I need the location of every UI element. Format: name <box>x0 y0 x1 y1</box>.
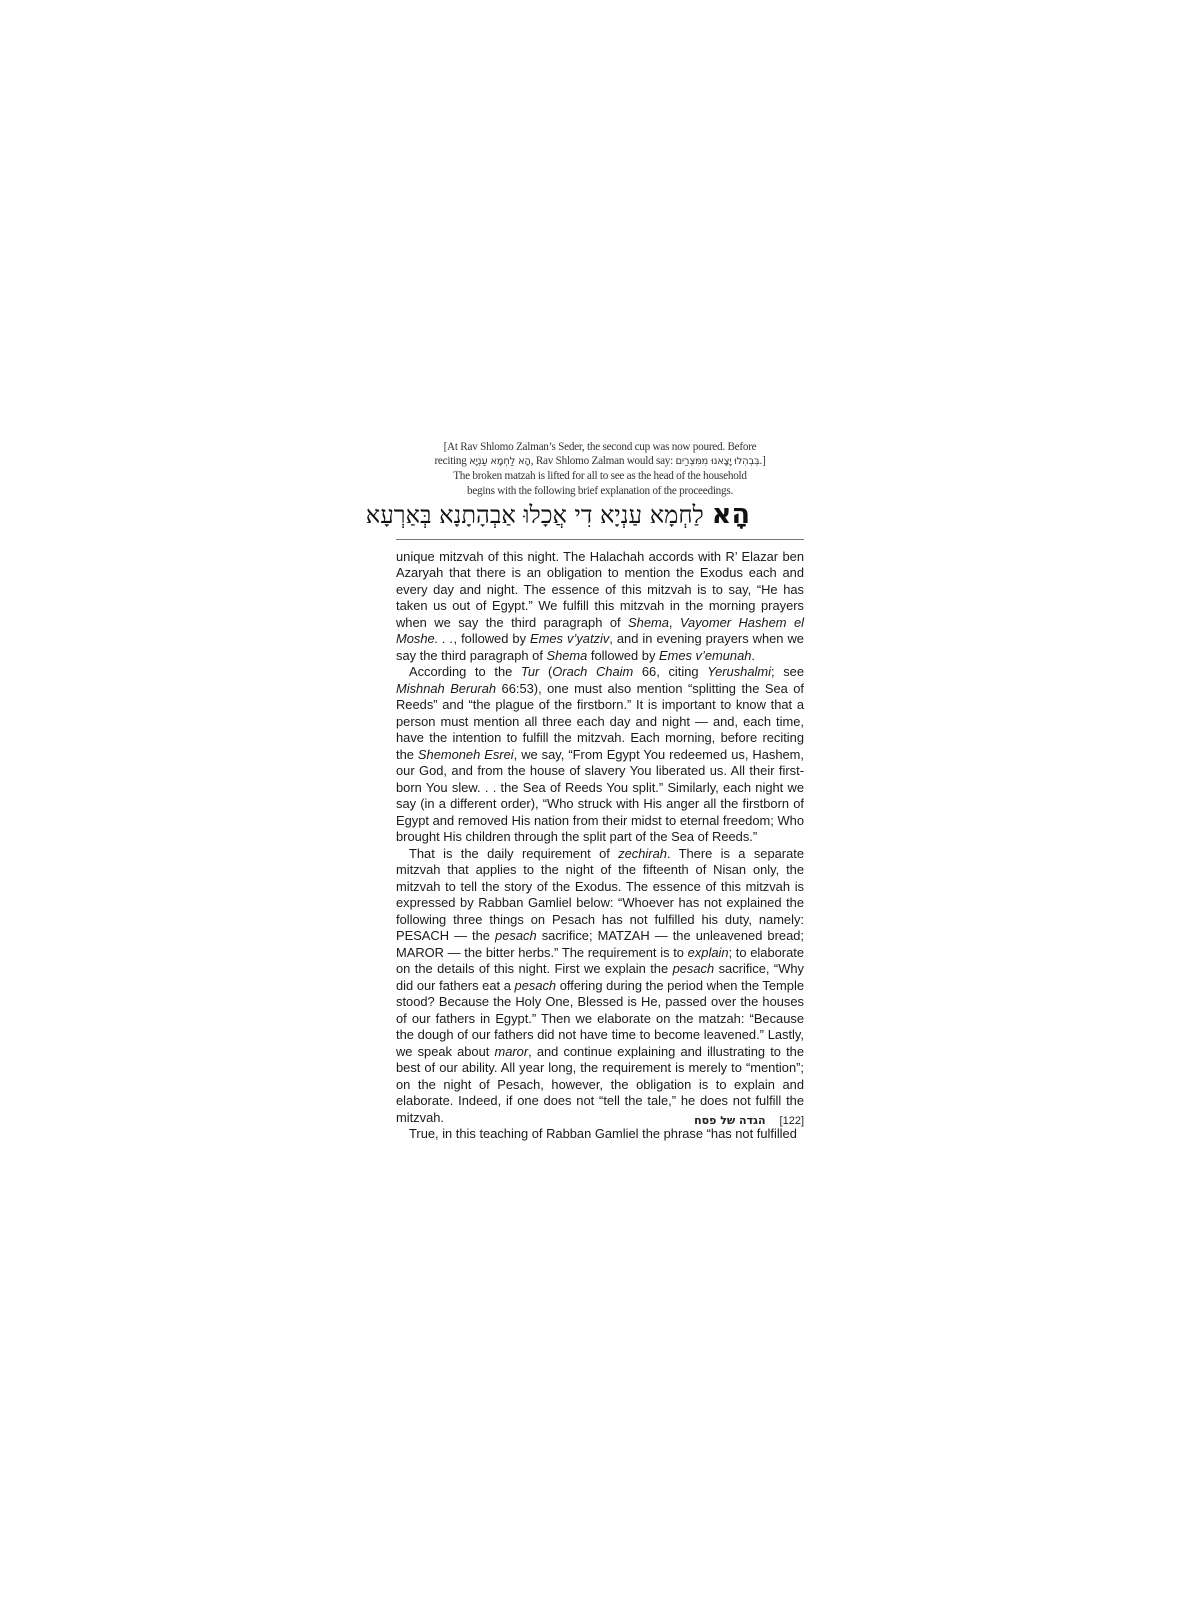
note-line-4: begins with the following brief explanat… <box>396 484 804 498</box>
paragraph-4: True, in this teaching of Rabban Gamliel… <box>396 1126 804 1143</box>
italic-term: pesach <box>673 961 715 976</box>
italic-term: Mishnah Berurah <box>396 681 496 696</box>
page-number: [122] <box>780 1115 804 1127</box>
italic-term: pesach <box>515 978 557 993</box>
italic-term: Shema <box>628 615 669 630</box>
divider-rule <box>396 539 804 540</box>
italic-term: Shemoneh Esrei <box>418 747 514 762</box>
italic-term: maror <box>494 1044 528 1059</box>
hebrew-title: הָאלַחְמָא עַנְיָא דִי אֲכָלוּ אַבְהָתָנ… <box>396 500 804 530</box>
italic-term: Yerushalmi <box>707 664 771 679</box>
italic-term: Shema <box>546 648 587 663</box>
italic-term: Tur <box>521 664 539 679</box>
note-line-1: [At Rav Shlomo Zalman’s Seder, the secon… <box>396 440 804 454</box>
italic-term: Emes v’yatziv <box>530 631 609 646</box>
italic-term: Orach Chaim <box>552 664 633 679</box>
footer-book-title: הגדה של פסח <box>694 1114 765 1127</box>
paragraph-2: According to the Tur (Orach Chaim 66, ci… <box>396 664 804 846</box>
italic-term: explain <box>688 945 729 960</box>
paragraph-1: unique mitzvah of this night. The Halach… <box>396 549 804 665</box>
italic-term: pesach <box>495 928 537 943</box>
title-first-word: הָא <box>712 499 750 530</box>
note-hebrew-phrase-b: בְּבְהִלוּ יָצָאנוּ מִמִּצְרַיִם <box>676 456 760 467</box>
note-hebrew-phrase-a: הָא לַחְמָא עַנְיָא <box>469 456 531 467</box>
italic-term: zechirah <box>618 846 667 861</box>
paragraph-3: That is the daily requirement of zechira… <box>396 846 804 1127</box>
note-line-3: The broken matzah is lifted for all to s… <box>396 469 804 483</box>
page-content: [At Rav Shlomo Zalman’s Seder, the secon… <box>396 440 804 1143</box>
italic-term: Emes v’emunah <box>659 648 751 663</box>
title-rest: לַחְמָא עַנְיָא דִי אֲכָלוּ אַבְהָתָנָא … <box>366 501 704 529</box>
page-footer: הגדה של פסח[122] <box>660 1114 804 1127</box>
note-line-2: reciting הָא לַחְמָא עַנְיָא, Rav Shlomo… <box>396 454 804 469</box>
commentary-body: unique mitzvah of this night. The Halach… <box>396 549 804 1143</box>
header-note: [At Rav Shlomo Zalman’s Seder, the secon… <box>396 440 804 498</box>
